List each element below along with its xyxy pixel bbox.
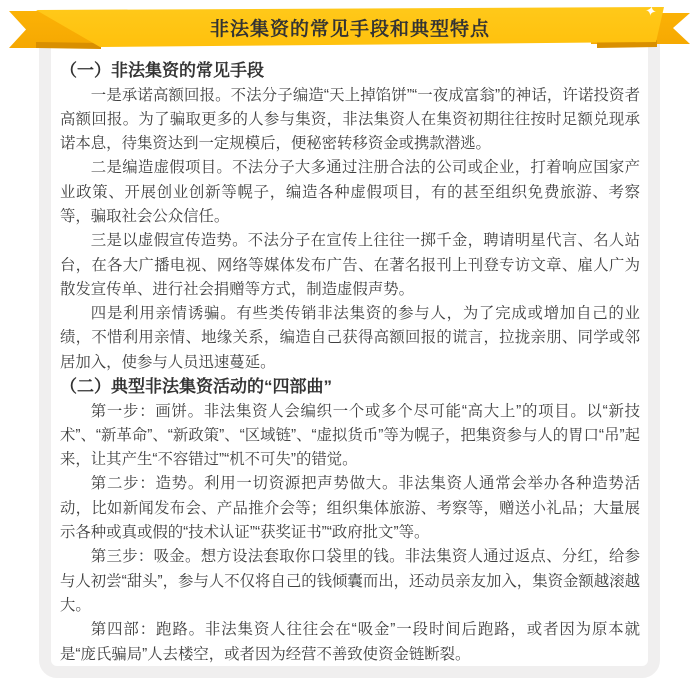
- paragraph: 一是承诺高额回报。不法分子编造“天上掉馅饼”“一夜成富翁”的神话，许诺投资者高额…: [60, 84, 640, 157]
- content-card-inner: （一）非法集资的常见手段 一是承诺高额回报。不法分子编造“天上掉馅饼”“一夜成富…: [51, 38, 648, 666]
- section-heading-1: （一）非法集资的常见手段: [60, 59, 640, 84]
- banner-title: 非法集资的常见手段和典型特点: [36, 14, 664, 41]
- paragraph: 三是以虚假宣传造势。不法分子在宣传上往往一掷千金，聘请明星代言、名人站台，在各大…: [60, 229, 640, 302]
- section-heading-2: （二）典型非法集资活动的“四部曲”: [60, 375, 640, 400]
- paragraph: 二是编造虚假项目。不法分子大多通过注册合法的公司或企业，打着响应国家产业政策、开…: [60, 156, 640, 229]
- paragraph: 第二步：造势。利用一切资源把声势做大。非法集资人通常会举办各种造势活动，比如新闻…: [60, 472, 640, 545]
- paragraph: 第三步：吸金。想方设法套取你口袋里的钱。非法集资人通过返点、分红，给参与人初尝“…: [60, 545, 640, 618]
- document-body: （一）非法集资的常见手段 一是承诺高额回报。不法分子编造“天上掉馅饼”“一夜成富…: [60, 59, 640, 666]
- paragraph: 第四部：跑路。非法集资人往往会在“吸金”一段时间后跑路，或者因为原本就是“庞氏骗…: [60, 618, 640, 666]
- ribbon-banner: ✦ 非法集资的常见手段和典型特点: [0, 0, 692, 62]
- paragraph: 四是利用亲情诱骗。有些类传销非法集资的参与人，为了完成或增加自己的业绩，不惜利用…: [60, 302, 640, 375]
- content-card: （一）非法集资的常见手段 一是承诺高额回报。不法分子编造“天上掉馅饼”“一夜成富…: [39, 26, 660, 678]
- paragraph: 第一步：画饼。非法集资人会编织一个或多个尽可能“高大上”的项目。以“新技术”、“…: [60, 400, 640, 473]
